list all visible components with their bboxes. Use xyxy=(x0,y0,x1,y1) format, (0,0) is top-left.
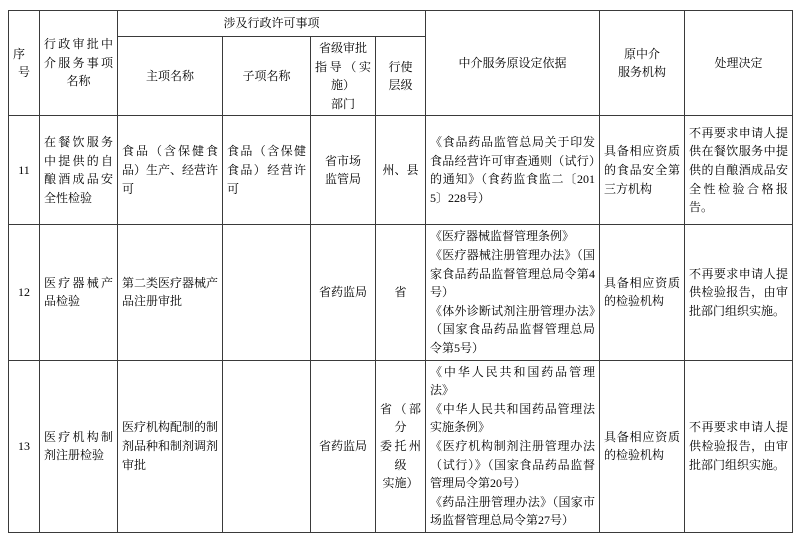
approval-items-table: 序号 行政审批中介服务事项名称 涉及行政许可事项 中介服务原设定依据 原中介 服… xyxy=(8,10,793,492)
cell-decision: 不再要求申请人提供检验报告，由审批部门组织实施。 xyxy=(685,360,793,492)
cell-agency: 具备相应资质的食品安全第三方机构 xyxy=(600,116,685,225)
cell-dept: 省药监局 xyxy=(311,360,376,492)
header-level: 行使 层级 xyxy=(376,37,426,116)
cell-item-name: 在餐饮服务中提供的自酿酒成品安全性检验 xyxy=(40,116,118,225)
cell-dept: 省药监局 xyxy=(311,225,376,360)
cell-seq: 11 xyxy=(9,116,40,225)
table-row-11: 11 在餐饮服务中提供的自酿酒成品安全性检验 食品（含保健食品）生产、经营许可 … xyxy=(9,116,793,225)
header-seq: 序号 xyxy=(9,11,40,116)
cell-item-name: 医疗器械产品检验 xyxy=(40,225,118,360)
cell-sub-item xyxy=(223,225,311,360)
header-sub-item: 子项名称 xyxy=(223,37,311,116)
cell-basis: 《中华人民共和国药品管理法》 《中华人民共和国药品管理法实施条例》 《医疗机构制… xyxy=(426,360,600,492)
cell-level: 省 xyxy=(376,225,426,360)
header-row-1: 序号 行政审批中介服务事项名称 涉及行政许可事项 中介服务原设定依据 原中介 服… xyxy=(9,11,793,37)
cell-seq: 12 xyxy=(9,225,40,360)
cell-basis: 《食品药品监管总局关于印发食品经营许可审查通则（试行）的通知》（食药监食监二〔2… xyxy=(426,116,600,225)
cell-seq: 13 xyxy=(9,360,40,492)
cell-level: 省（部分 委托州级 实施） xyxy=(376,360,426,492)
header-dept: 省级审批 指导（实施） 部门 xyxy=(311,37,376,116)
cell-main-item: 食品（含保健食品）生产、经营许可 xyxy=(118,116,223,225)
table-row-12: 12 医疗器械产品检验 第二类医疗器械产品注册审批 省药监局 省 《医疗器械监督… xyxy=(9,225,793,360)
header-service-item-name: 行政审批中介服务事项名称 xyxy=(40,11,118,116)
cell-decision: 不再要求申请人提供检验报告，由审批部门组织实施。 xyxy=(685,225,793,360)
cell-sub-item xyxy=(223,360,311,492)
header-basis: 中介服务原设定依据 xyxy=(426,11,600,116)
cell-agency: 具备相应资质的检验机构 xyxy=(600,360,685,492)
cell-level: 州、县 xyxy=(376,116,426,225)
header-decision: 处理决定 xyxy=(685,11,793,116)
cell-main-item: 医疗机构配制的制剂品种和制剂调剂审批 xyxy=(118,360,223,492)
cell-dept: 省市场 监管局 xyxy=(311,116,376,225)
document-sheet: 序号 行政审批中介服务事项名称 涉及行政许可事项 中介服务原设定依据 原中介 服… xyxy=(8,10,793,492)
cell-agency: 具备相应资质的检验机构 xyxy=(600,225,685,360)
cell-item-name: 医疗机构制剂注册检验 xyxy=(40,360,118,492)
cell-basis: 《医疗器械监督管理条例》 《医疗器械注册管理办法》（国家食品药品监督管理总局令第… xyxy=(426,225,600,360)
header-original-agency: 原中介 服务机构 xyxy=(600,11,685,116)
table-row-13: 13 医疗机构制剂注册检验 医疗机构配制的制剂品种和制剂调剂审批 省药监局 省（… xyxy=(9,360,793,492)
cell-decision: 不再要求申请人提供在餐饮服务中提供的自酿酒成品安全性检验合格报告。 xyxy=(685,116,793,225)
cell-sub-item: 食品（含保健食品）经营许可 xyxy=(223,116,311,225)
header-main-item: 主项名称 xyxy=(118,37,223,116)
header-licensing-group: 涉及行政许可事项 xyxy=(118,11,426,37)
cell-main-item: 第二类医疗器械产品注册审批 xyxy=(118,225,223,360)
